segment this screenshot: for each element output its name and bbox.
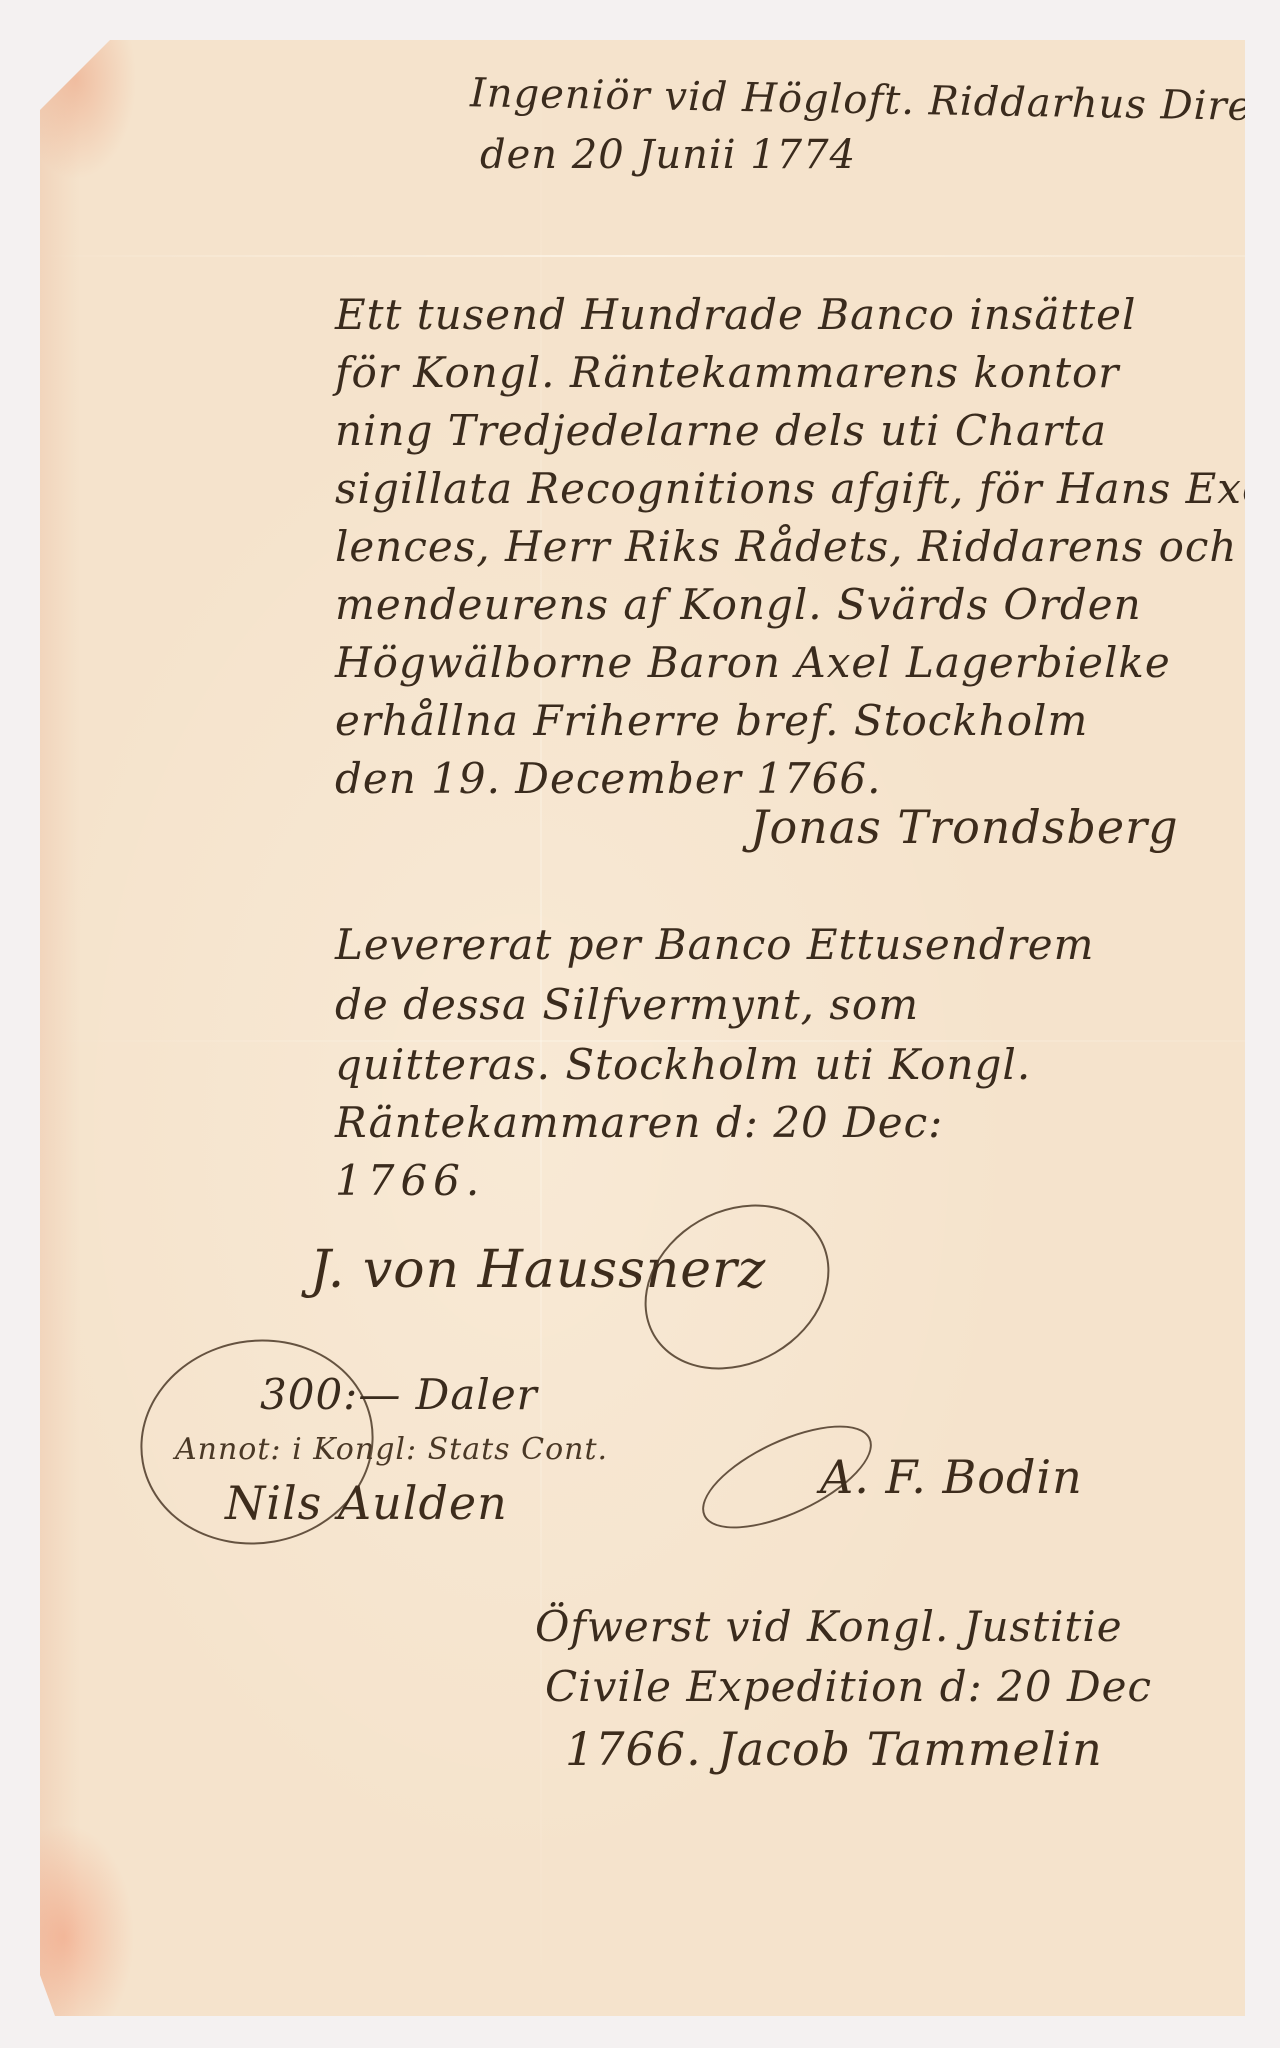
annotation-amount: 300:— Daler [260,1370,538,1419]
body-line: Högwälborne Baron Axel Lagerbielke [335,638,1171,687]
header-line-1: Ingeniör vid Högloft. Riddarhus Directio… [470,70,1280,131]
header-line-2: den 20 Junii 1774 [480,132,856,178]
receipt-line: quitteras. Stockholm uti Kongl. [335,1040,1031,1089]
receipt-line: Räntekammaren d: 20 Dec: [335,1098,943,1147]
annotation-line: Annot: i Kongl: Stats Cont. [175,1432,608,1467]
signature-trondsberg: Jonas Trondsberg [750,800,1179,854]
manuscript-page: Ingeniör vid Högloft. Riddarhus Directio… [40,40,1245,2016]
body-line: den 19. December 1766. [335,754,881,803]
expedition-line: Civile Expedition d: 20 Dec [545,1662,1152,1711]
expedition-line: Öfwerst vid Kongl. Justitie [535,1602,1123,1651]
receipt-line: 1766. [335,1156,485,1205]
signature-bodin: A. F. Bodin [820,1450,1083,1504]
receipt-line: de dessa Silfvermynt, som [335,980,919,1029]
body-line: Ett tusend Hundrade Banco insättel [335,290,1136,339]
body-line: sigillata Recognitions afgift, för Hans … [335,464,1280,513]
body-line: mendeurens af Kongl. Svärds Orden [335,580,1142,629]
expedition-signature: 1766. Jacob Tammelin [565,1722,1103,1776]
signature-aulden: Nils Aulden [225,1476,508,1530]
body-line: erhållna Friherre bref. Stockholm [335,696,1088,745]
signature-flourish [614,1172,859,1402]
body-line: lences, Herr Riks Rådets, Riddarens och … [335,522,1280,571]
fold-line [40,255,1245,257]
receipt-line: Levererat per Banco Ettusendrem [335,920,1094,969]
body-line: ning Tredjedelarne dels uti Charta [335,406,1107,455]
body-line: för Kongl. Räntekammarens kontor [335,348,1119,397]
